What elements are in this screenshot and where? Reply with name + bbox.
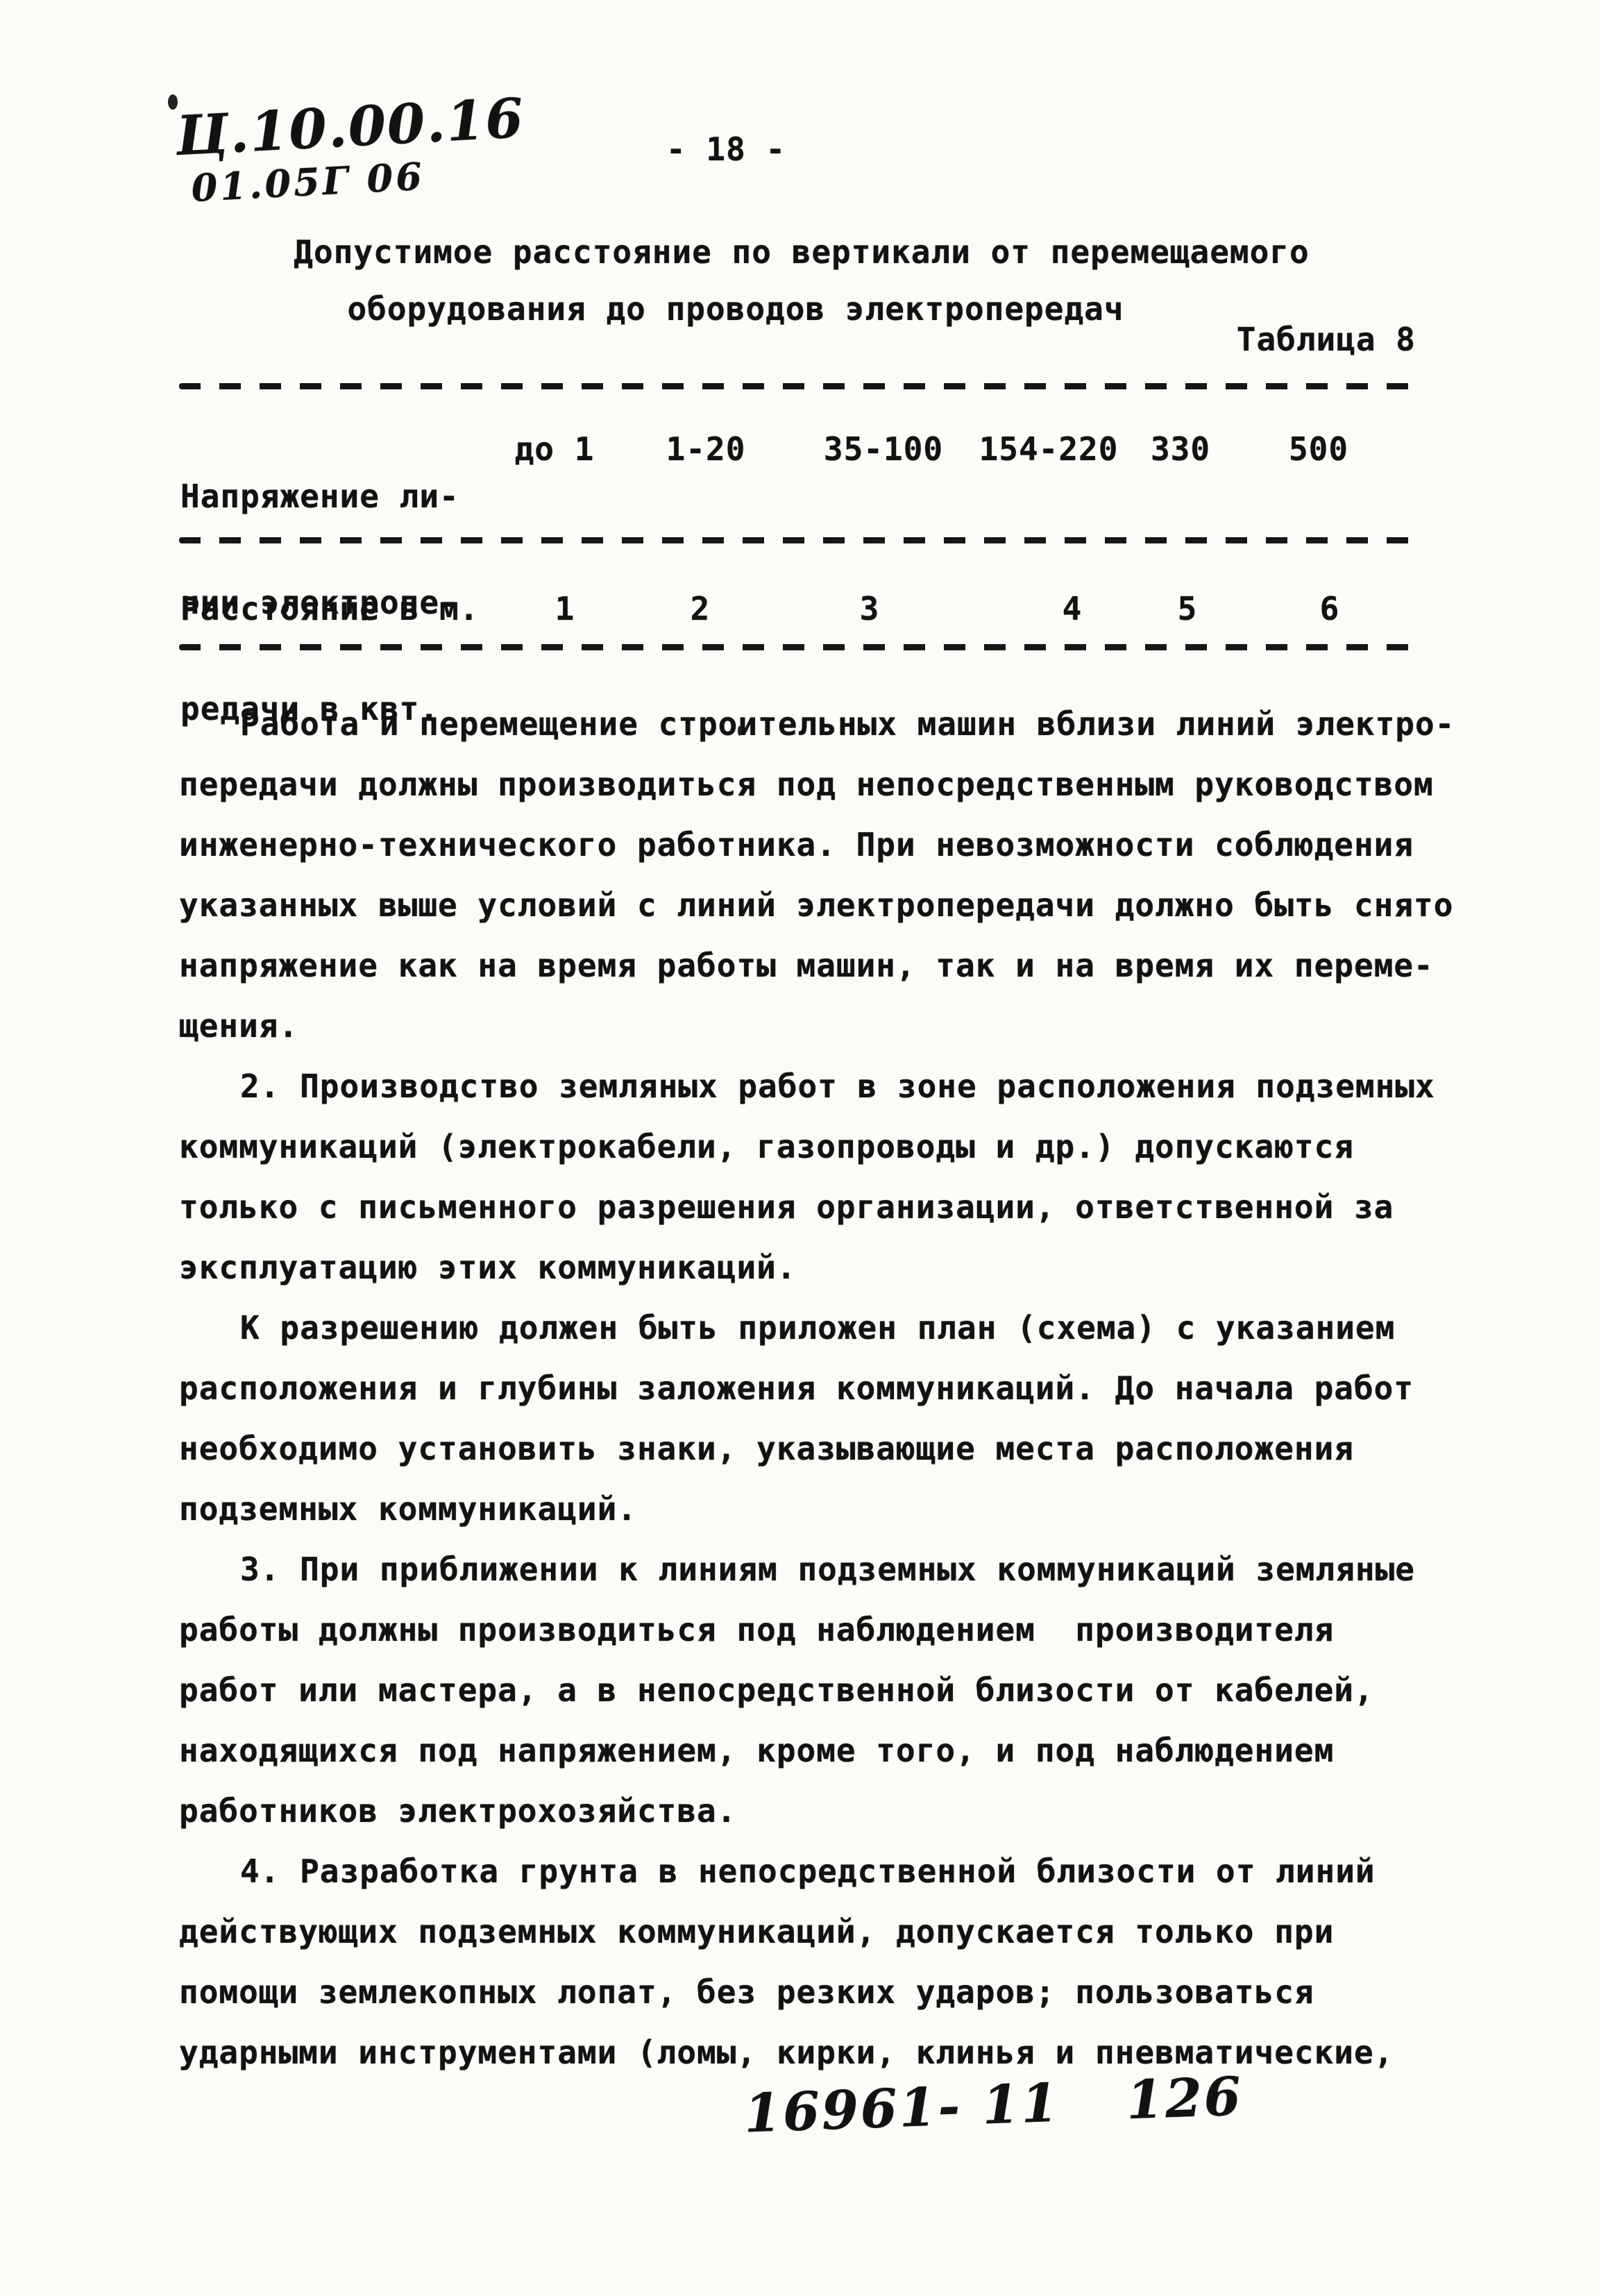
body-text: Работа и перемещение строительных машин … bbox=[179, 694, 1439, 2083]
table-divider-top bbox=[179, 383, 1420, 389]
scan-speck bbox=[738, 726, 741, 736]
paragraph-line: указанных выше условий с линий электропе… bbox=[179, 875, 1439, 936]
paragraph-line: напряжение как на время работы машин, та… bbox=[179, 936, 1439, 996]
distance-value-4: 5 bbox=[1178, 590, 1198, 627]
paragraph-line: Работа и перемещение строительных машин … bbox=[179, 694, 1439, 754]
distance-value-2: 3 bbox=[860, 590, 880, 627]
paragraph-line: работы должны производиться под наблюден… bbox=[179, 1600, 1439, 1660]
paragraph-line: работников электрохозяйства. bbox=[179, 1781, 1439, 1841]
paragraph-3: К разрешению должен быть приложен план (… bbox=[179, 1298, 1439, 1539]
distance-value-3: 4 bbox=[1063, 590, 1083, 627]
voltage-column-3: 154-220 bbox=[979, 430, 1119, 468]
paragraph-line: щения. bbox=[179, 996, 1439, 1056]
paragraph-1: Работа и перемещение строительных машин … bbox=[179, 694, 1439, 1056]
distance-value-5: 6 bbox=[1320, 590, 1340, 627]
footnote-number-left: 16961- 11 bbox=[743, 2072, 1061, 2145]
table-caption: Таблица 8 bbox=[1237, 321, 1416, 358]
paragraph-line: К разрешению должен быть приложен план (… bbox=[179, 1298, 1439, 1358]
paragraph-line: 4. Разработка грунта в непосредственной … bbox=[179, 1841, 1439, 1902]
paragraph-line: эксплуатацию этих коммуникаций. bbox=[179, 1238, 1439, 1298]
paragraph-line: расположения и глубины заложения коммуни… bbox=[179, 1358, 1439, 1419]
scanned-document-page: Ц.10.00.16 01.05Г 06 - 18 - Допустимое р… bbox=[0, 0, 1599, 2296]
scan-speck bbox=[168, 94, 178, 110]
table-title-line2: оборудования до проводов электропередач bbox=[108, 280, 1364, 337]
paragraph-line: действующих подземных коммуникаций, допу… bbox=[179, 1902, 1439, 1962]
paragraph-line: необходимо установить знаки, указывающие… bbox=[179, 1419, 1439, 1479]
paragraph-line: ударными инструментами (ломы, кирки, кли… bbox=[179, 2023, 1439, 2083]
paragraph-line: работ или мастера, а в непосредственной … bbox=[179, 1660, 1439, 1721]
paragraph-line: подземных коммуникаций. bbox=[179, 1479, 1439, 1539]
distance-row-label: Расстояние в м. bbox=[180, 590, 479, 627]
paragraph-2: 2. Производство земляных работ в зоне ра… bbox=[179, 1056, 1439, 1298]
table-title-line1: Допустимое расстояние по вертикали от пе… bbox=[174, 223, 1430, 280]
voltage-header-label-line1: Напряжение ли- bbox=[180, 479, 459, 514]
footnote-gap bbox=[1060, 2118, 1127, 2120]
handwritten-stamp: Ц.10.00.16 01.05Г 06 bbox=[174, 87, 528, 209]
footnote-number-right: 126 bbox=[1126, 2065, 1244, 2131]
paragraph-line: 2. Производство земляных работ в зоне ра… bbox=[179, 1056, 1439, 1117]
table-header-row: Напряжение ли- нии электропе- редачи в к… bbox=[180, 408, 1430, 526]
paragraph-line: коммуникаций (электрокабели, газопроводы… bbox=[179, 1117, 1439, 1177]
voltage-column-5: 500 bbox=[1289, 430, 1348, 468]
voltage-column-2: 35-100 bbox=[824, 430, 943, 468]
paragraph-line: помощи землекопных лопат, без резких уда… bbox=[179, 1962, 1439, 2023]
paragraph-line: только с письменного разрешения организа… bbox=[179, 1177, 1439, 1238]
paragraph-4: 3. При приближении к линиям подземных ко… bbox=[179, 1539, 1439, 1841]
voltage-column-0: до 1 bbox=[515, 430, 595, 468]
paragraph-line: находящихся под напряжением, кроме того,… bbox=[179, 1721, 1439, 1781]
paragraph-line: инженерно-технического работника. При не… bbox=[179, 815, 1439, 875]
voltage-column-4: 330 bbox=[1151, 430, 1210, 468]
voltage-column-1: 1-20 bbox=[666, 430, 746, 468]
paragraph-line: передачи должны производиться под непоср… bbox=[179, 754, 1439, 815]
page-number: - 18 - bbox=[666, 130, 786, 168]
paragraph-line: 3. При приближении к линиям подземных ко… bbox=[179, 1539, 1439, 1600]
distance-row: Расстояние в м. 1 2 3 4 5 6 bbox=[180, 590, 1430, 632]
distance-value-1: 2 bbox=[691, 590, 711, 627]
distance-value-0: 1 bbox=[555, 590, 575, 627]
paragraph-5: 4. Разработка грунта в непосредственной … bbox=[179, 1841, 1439, 2083]
